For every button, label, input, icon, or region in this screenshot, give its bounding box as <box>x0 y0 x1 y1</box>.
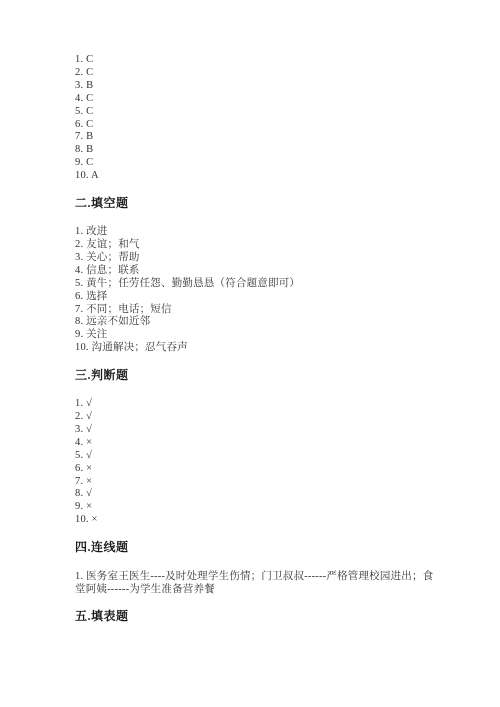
fill-answer-line: 2. 友谊；和气 <box>75 239 443 252</box>
multiple-choice-answer-list: 1. C2. C3. B4. C5. C6. C7. B8. B9. C10. … <box>75 54 443 183</box>
judgment-answer-line: 4. × <box>75 437 443 450</box>
fill-section-heading: 二.填空题 <box>75 196 443 210</box>
fill-answer-line: 1. 改进 <box>75 226 443 239</box>
choice-answer-line: 2. C <box>75 67 443 80</box>
judgment-answer-list: 1. √2. √3. √4. ×5. √6. ×7. ×8. √9. ×10. … <box>75 398 443 527</box>
judgment-answer-line: 1. √ <box>75 398 443 411</box>
table-section-heading: 五.填表题 <box>75 609 443 623</box>
choice-answer-line: 4. C <box>75 93 443 106</box>
choice-answer-line: 10. A <box>75 170 443 183</box>
judge-section-heading: 三.判断题 <box>75 368 443 382</box>
judgment-answer-line: 10. × <box>75 514 443 527</box>
choice-answer-line: 8. B <box>75 144 443 157</box>
fill-answer-line: 9. 关注 <box>75 329 443 342</box>
judgment-answer-line: 5. √ <box>75 450 443 463</box>
answer-sheet-page: 1. C2. C3. B4. C5. C6. C7. B8. B9. C10. … <box>0 0 500 707</box>
judgment-answer-line: 2. √ <box>75 411 443 424</box>
match-section-heading: 四.连线题 <box>75 540 443 554</box>
choice-answer-line: 1. C <box>75 54 443 67</box>
matching-answer-text: 1. 医务室王医生----及时处理学生伤情；门卫叔叔------严格管理校园进出… <box>75 570 443 596</box>
judgment-answer-line: 9. × <box>75 501 443 514</box>
fill-answer-line: 5. 黄牛；任劳任怨、勤勤恳恳（符合题意即可） <box>75 278 443 291</box>
fill-blank-answer-list: 1. 改进2. 友谊；和气3. 关心；帮助4. 信息；联系5. 黄牛；任劳任怨、… <box>75 226 443 355</box>
fill-answer-line: 4. 信息；联系 <box>75 265 443 278</box>
choice-answer-line: 7. B <box>75 131 443 144</box>
fill-answer-line: 3. 关心；帮助 <box>75 252 443 265</box>
choice-answer-line: 3. B <box>75 80 443 93</box>
judgment-answer-line: 6. × <box>75 463 443 476</box>
judgment-answer-line: 7. × <box>75 476 443 489</box>
fill-answer-line: 6. 选择 <box>75 291 443 304</box>
choice-answer-line: 5. C <box>75 106 443 119</box>
judgment-answer-line: 3. √ <box>75 424 443 437</box>
choice-answer-line: 9. C <box>75 157 443 170</box>
fill-answer-line: 7. 不同；电话；短信 <box>75 304 443 317</box>
fill-answer-line: 10. 沟通解决；忍气吞声 <box>75 342 443 355</box>
answer-sheet-content: 1. C2. C3. B4. C5. C6. C7. B8. B9. C10. … <box>0 0 500 623</box>
fill-answer-line: 8. 远亲不如近邻 <box>75 316 443 329</box>
judgment-answer-line: 8. √ <box>75 488 443 501</box>
choice-answer-line: 6. C <box>75 119 443 132</box>
